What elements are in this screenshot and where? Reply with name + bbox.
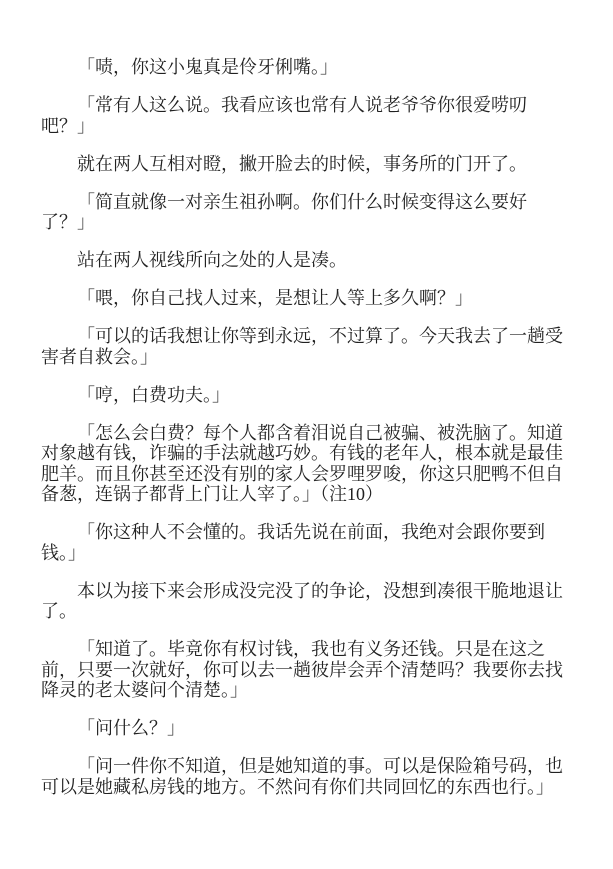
paragraph: 「怎么会白费？每个人都含着泪说自己被骗、被洗脑了。知道对象越有钱，诈骗的手法就越… bbox=[41, 423, 569, 505]
text-line: 本以为接下来会形成没完没了的争论，没想到凑很干脆地退让 bbox=[41, 581, 569, 602]
text-line: 「喂，你自己找人过来，是想让人等上多久啊？」 bbox=[41, 288, 569, 309]
text-line: 「常有人这么说。我看应该也常有人说老爷爷你很爱唠叨 bbox=[41, 95, 569, 116]
text-line: 可以是她藏私房钱的地方。不然问有你们共同回忆的东西也行。」 bbox=[41, 777, 569, 798]
text-line: 肥羊。而且你甚至还没有别的家人会罗哩罗唆，你这只肥鸭不但自 bbox=[41, 464, 569, 485]
text-line: 「啧，你这小鬼真是伶牙俐嘴。」 bbox=[41, 57, 569, 78]
page-text-body: 「啧，你这小鬼真是伶牙俐嘴。」「常有人这么说。我看应该也常有人说老爷爷你很爱唠叨… bbox=[41, 57, 569, 797]
text-line: 「哼，白费功夫。」 bbox=[41, 385, 569, 406]
text-line: 吧？」 bbox=[41, 116, 569, 137]
text-line: 站在两人视线所向之处的人是凑。 bbox=[41, 250, 569, 271]
text-line: 「简直就像一对亲生祖孙啊。你们什么时候变得这么要好 bbox=[41, 192, 569, 213]
paragraph: 「可以的话我想让你等到永远，不过算了。今天我去了一趟受害者自救会。」 bbox=[41, 326, 569, 367]
text-line: 了？」 bbox=[41, 212, 569, 233]
paragraph: 本以为接下来会形成没完没了的争论，没想到凑很干脆地退让了。 bbox=[41, 581, 569, 622]
text-line: 「你这种人不会懂的。我话先说在前面，我绝对会跟你要到 bbox=[41, 522, 569, 543]
novel-page: 「啧，你这小鬼真是伶牙俐嘴。」「常有人这么说。我看应该也常有人说老爷爷你很爱唠叨… bbox=[0, 0, 613, 869]
paragraph: 「喂，你自己找人过来，是想让人等上多久啊？」 bbox=[41, 288, 569, 309]
text-line: 了。 bbox=[41, 601, 569, 622]
paragraph: 站在两人视线所向之处的人是凑。 bbox=[41, 250, 569, 271]
text-line: 「知道了。毕竟你有权讨钱，我也有义务还钱。只是在这之 bbox=[41, 639, 569, 660]
paragraph: 「问什么？」 bbox=[41, 718, 569, 739]
paragraph: 「你这种人不会懂的。我话先说在前面，我绝对会跟你要到钱。」 bbox=[41, 522, 569, 563]
paragraph: 「简直就像一对亲生祖孙啊。你们什么时候变得这么要好了？」 bbox=[41, 192, 569, 233]
paragraph: 「常有人这么说。我看应该也常有人说老爷爷你很爱唠叨吧？」 bbox=[41, 95, 569, 136]
paragraph: 「啧，你这小鬼真是伶牙俐嘴。」 bbox=[41, 57, 569, 78]
paragraph: 就在两人互相对瞪，撇开脸去的时候，事务所的门开了。 bbox=[41, 154, 569, 175]
text-line: 害者自救会。」 bbox=[41, 347, 569, 368]
text-line: 备葱，连锅子都背上门让人宰了。」（注10） bbox=[41, 484, 569, 505]
text-line: 就在两人互相对瞪，撇开脸去的时候，事务所的门开了。 bbox=[41, 154, 569, 175]
text-line: 「问一件你不知道，但是她知道的事。可以是保险箱号码，也 bbox=[41, 756, 569, 777]
text-line: 「问什么？」 bbox=[41, 718, 569, 739]
paragraph: 「哼，白费功夫。」 bbox=[41, 385, 569, 406]
paragraph: 「知道了。毕竟你有权讨钱，我也有义务还钱。只是在这之前，只要一次就好，你可以去一… bbox=[41, 639, 569, 701]
text-line: 「怎么会白费？每个人都含着泪说自己被骗、被洗脑了。知道 bbox=[41, 423, 569, 444]
text-line: 前，只要一次就好，你可以去一趟彼岸会弄个清楚吗？我要你去找 bbox=[41, 660, 569, 681]
paragraph: 「问一件你不知道，但是她知道的事。可以是保险箱号码，也可以是她藏私房钱的地方。不… bbox=[41, 756, 569, 797]
text-line: 降灵的老太婆问个清楚。」 bbox=[41, 680, 569, 701]
text-line: 对象越有钱，诈骗的手法就越巧妙。有钱的老年人，根本就是最佳 bbox=[41, 443, 569, 464]
text-line: 钱。」 bbox=[41, 543, 569, 564]
text-line: 「可以的话我想让你等到永远，不过算了。今天我去了一趟受 bbox=[41, 326, 569, 347]
